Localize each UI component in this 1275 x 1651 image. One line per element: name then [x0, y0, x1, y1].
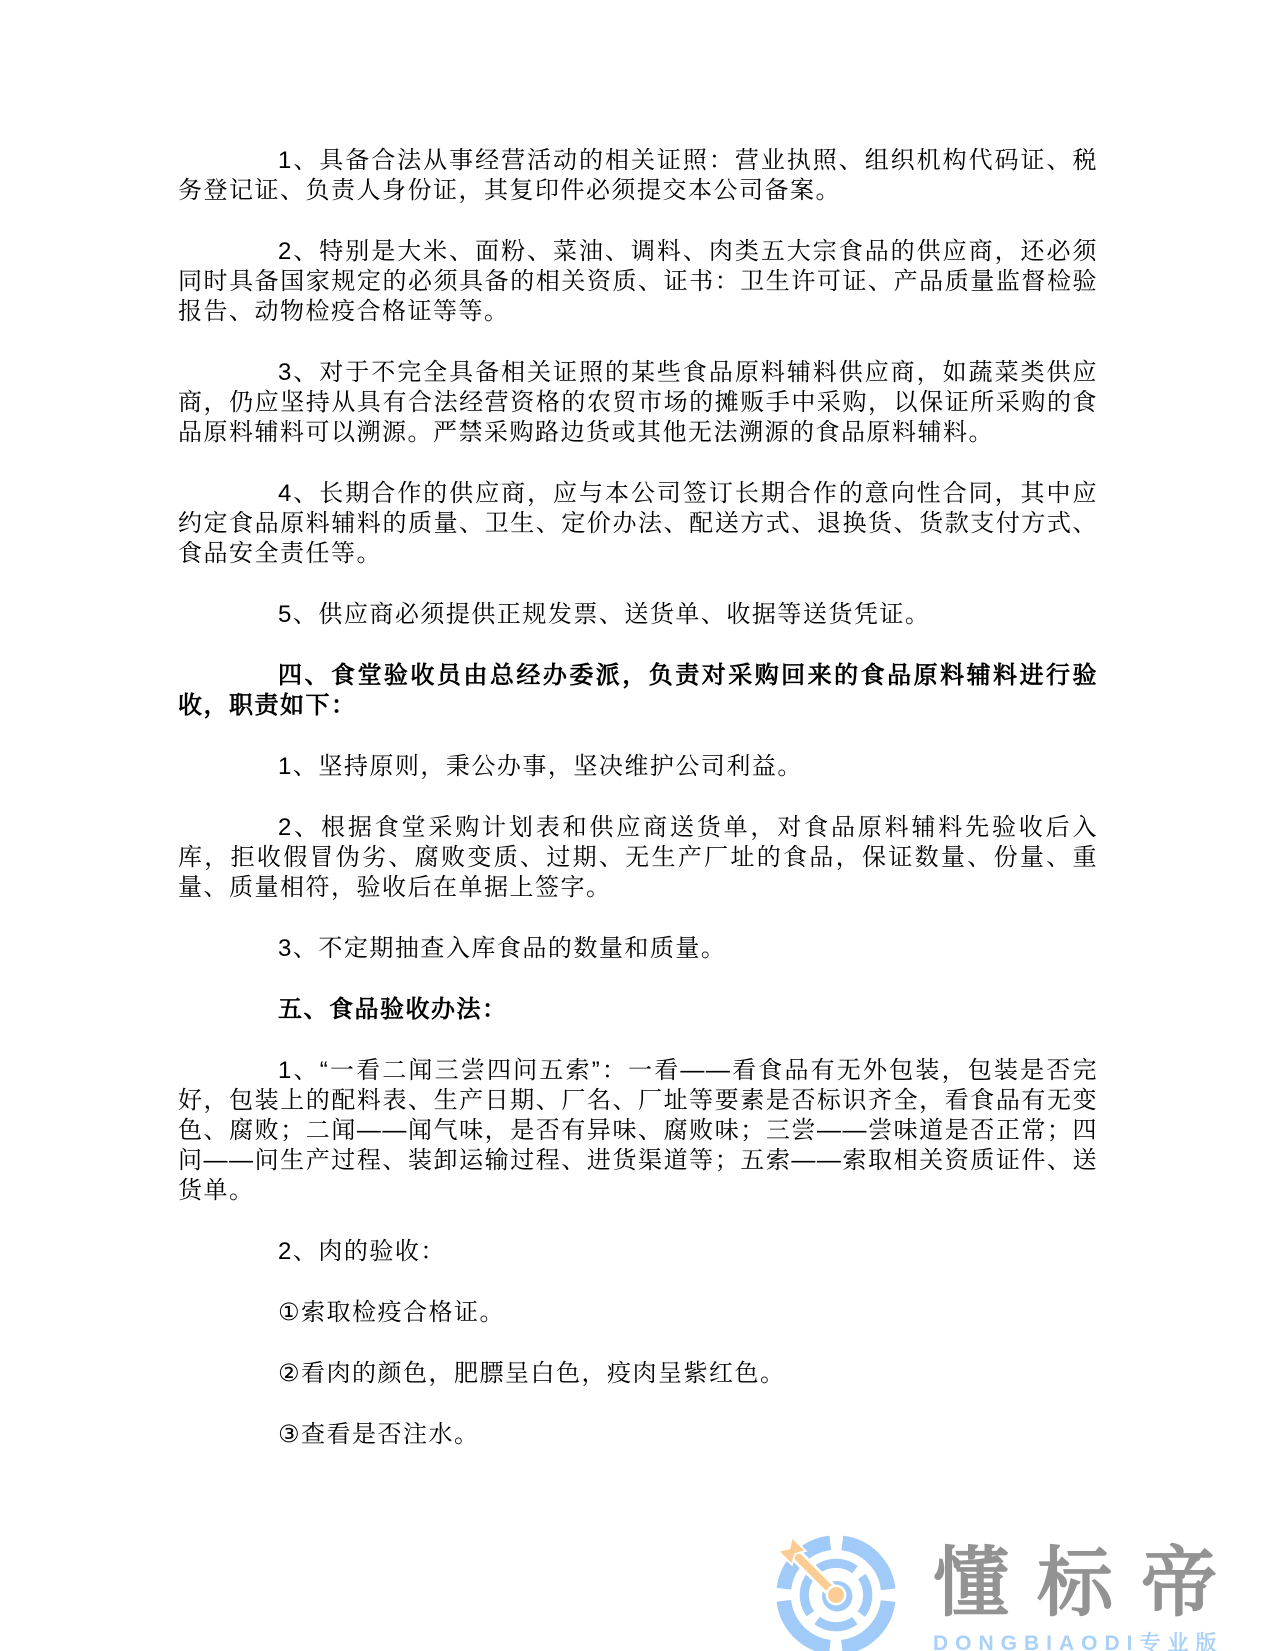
paragraph: ①索取检疫合格证。	[178, 1298, 1098, 1328]
paragraph: 4、长期合作的供应商，应与本公司签订长期合作的意向性合同，其中应约定食品原料辅料…	[178, 479, 1098, 569]
paragraph: 5、供应商必须提供正规发票、送货单、收据等送货凭证。	[178, 600, 1098, 630]
paragraph: 1、“一看二闻三尝四问五索”：一看——看食品有无外包装，包装是否完好，包装上的配…	[178, 1056, 1098, 1206]
paragraph: ③查看是否注水。	[178, 1420, 1098, 1450]
paragraph: 3、对于不完全具备相关证照的某些食品原料辅料供应商，如蔬菜类供应商，仍应坚持从具…	[178, 358, 1098, 448]
section-heading: 五、食品验收办法：	[178, 995, 1098, 1025]
paragraph: 2、特别是大米、面粉、菜油、调料、肉类五大宗食品的供应商，还必须同时具备国家规定…	[178, 237, 1098, 327]
watermark-text-block: 懂标帝 DONGBIAODI专业版	[933, 1542, 1245, 1651]
document-body: 1、具备合法从事经营活动的相关证照：营业执照、组织机构代码证、税务登记证、负责人…	[178, 146, 1098, 1450]
paragraph: 2、根据食堂采购计划表和供应商送货单，对食品原料辅料先验收后入库，拒收假冒伪劣、…	[178, 813, 1098, 903]
dartboard-dart-icon	[775, 1534, 897, 1651]
paragraph: 3、不定期抽查入库食品的数量和质量。	[178, 934, 1098, 964]
watermark-brand-text: 懂标帝	[933, 1542, 1245, 1626]
paragraph: 2、肉的验收：	[178, 1237, 1098, 1267]
document-page: { "document": { "paragraphs": [ { "text"…	[0, 0, 1275, 1651]
paragraph: 1、坚持原则，秉公办事，坚决维护公司利益。	[178, 752, 1098, 782]
section-heading: 四、食堂验收员由总经办委派，负责对采购回来的食品原料辅料进行验收，职责如下：	[178, 661, 1098, 721]
watermark: 懂标帝 DONGBIAODI专业版	[775, 1530, 1275, 1651]
watermark-tagline: DONGBIAODI专业版	[933, 1632, 1245, 1651]
paragraph: ②看肉的颜色，肥膘呈白色，疫肉呈紫红色。	[178, 1359, 1098, 1389]
paragraph: 1、具备合法从事经营活动的相关证照：营业执照、组织机构代码证、税务登记证、负责人…	[178, 146, 1098, 206]
